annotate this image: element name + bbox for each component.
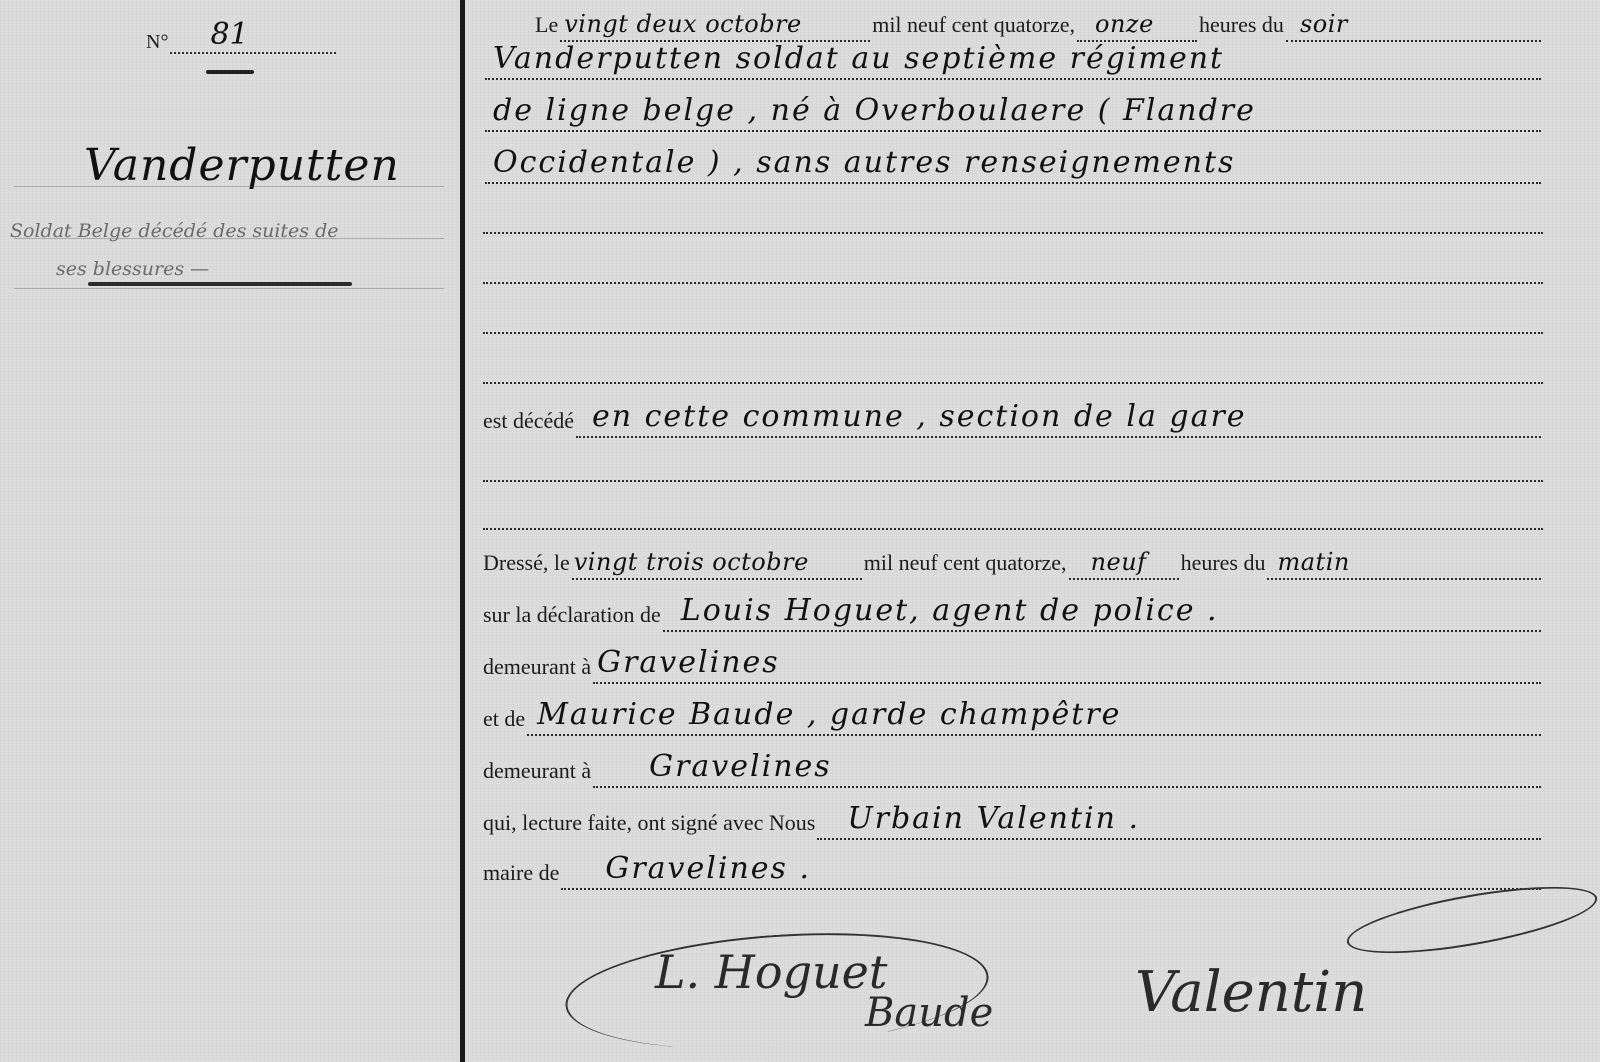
printed-declaration: sur la déclaration de: [483, 602, 661, 632]
deceased-field: de ligne belge , né à Overboulaere ( Fla…: [485, 92, 1541, 132]
declarant1-row: sur la déclaration de Louis Hoguet, agen…: [483, 592, 1543, 632]
date-field: vingt deux octobre: [560, 2, 870, 42]
blank-dotted-line: [483, 282, 1543, 284]
declarant2-field: Maurice Baude , garde champêtre: [527, 696, 1541, 736]
death-place-hand: en cette commune , section de la gare: [592, 399, 1247, 434]
drawn-period-field: matin: [1267, 540, 1541, 580]
signature-hoguet: L. Hoguet: [655, 945, 887, 999]
commune-hand: Gravelines .: [605, 851, 811, 886]
drawn-period-hand: matin: [1277, 548, 1349, 576]
printed-est-decede: est décédé: [483, 408, 574, 438]
death-place-field: en cette commune , section de la gare: [576, 398, 1541, 438]
margin-column: N° 81 Vanderputten Soldat Belge décédé d…: [0, 0, 460, 1062]
record-body: Le vingt deux octobre mil neuf cent quat…: [465, 0, 1600, 1062]
drawn-up-row: Dressé, le vingt trois octobre mil neuf …: [483, 540, 1543, 580]
death-place-row: est décédé en cette commune , section de…: [483, 398, 1543, 438]
printed-year: mil neuf cent quatorze,: [864, 550, 1067, 580]
declarant1-residence-row: demeurant à Gravelines: [483, 644, 1543, 684]
deceased-line: de ligne belge , né à Overboulaere ( Fla…: [483, 92, 1543, 132]
date-of-death-row: Le vingt deux octobre mil neuf cent quat…: [483, 2, 1543, 42]
declarant1-residence-hand: Gravelines: [597, 645, 780, 680]
printed-signed: qui, lecture faite, ont signé avec Nous: [483, 810, 815, 840]
commune-field: Gravelines .: [561, 850, 1541, 890]
declarant2-residence-field: Gravelines: [593, 748, 1541, 788]
signature-baude: Baude: [865, 990, 993, 1036]
declarant2-residence-row: demeurant à Gravelines: [483, 748, 1543, 788]
deceased-hand: Occidentale ) , sans autres renseignemen…: [493, 145, 1235, 180]
declarant2-residence-hand: Gravelines: [649, 749, 832, 784]
officer-hand: Urbain Valentin .: [847, 801, 1140, 836]
printed-hours: heures du: [1199, 12, 1284, 42]
act-number-dotted-line: 81: [170, 26, 336, 54]
drawn-date-field: vingt trois octobre: [572, 540, 862, 580]
drawn-hour-field: neuf: [1069, 540, 1179, 580]
act-number-field: N° 81: [146, 20, 336, 54]
printed-year: mil neuf cent quatorze,: [872, 12, 1075, 42]
drawn-date-hand: vingt trois octobre: [574, 548, 809, 576]
printed-demeurant: demeurant à: [483, 654, 591, 684]
declarant2-hand: Maurice Baude , garde champêtre: [537, 697, 1121, 732]
deceased-field: Vanderputten soldat au septième régiment: [485, 40, 1541, 80]
declarant1-hand: Louis Hoguet, agent de police .: [681, 593, 1219, 628]
margin-underline: [88, 282, 352, 286]
deceased-line: Vanderputten soldat au septième régiment: [483, 40, 1543, 80]
printed-dresse: Dressé, le: [483, 550, 570, 580]
deceased-surname: Vanderputten: [84, 140, 400, 191]
declarant2-row: et de Maurice Baude , garde champêtre: [483, 696, 1543, 736]
printed-maire-de: maire de: [483, 860, 559, 890]
act-number-label: N°: [146, 31, 168, 54]
drawn-hour-hand: neuf: [1091, 548, 1147, 576]
civil-record-page: N° 81 Vanderputten Soldat Belge décédé d…: [0, 0, 1600, 1062]
deceased-hand: de ligne belge , né à Overboulaere ( Fla…: [493, 93, 1256, 128]
margin-rule: [14, 288, 444, 289]
printed-et-de: et de: [483, 706, 525, 736]
signature-valentin: Valentin: [1135, 960, 1367, 1025]
deceased-hand: Vanderputten soldat au septième régiment: [493, 41, 1224, 76]
period-field: soir: [1286, 2, 1541, 42]
mayor-row: maire de Gravelines .: [483, 850, 1543, 890]
act-number-value: 81: [210, 17, 248, 52]
deceased-field: Occidentale ) , sans autres renseignemen…: [485, 144, 1541, 184]
death-period-hand: soir: [1300, 10, 1348, 38]
hour-field: onze: [1077, 2, 1197, 42]
officer-field: Urbain Valentin .: [817, 800, 1541, 840]
blank-dotted-line: [483, 528, 1543, 530]
margin-annotation-line: Soldat Belge décédé des suites de: [10, 212, 450, 250]
death-date-hand: vingt deux octobre: [564, 10, 802, 38]
printed-demeurant: demeurant à: [483, 758, 591, 788]
blank-dotted-line: [483, 332, 1543, 334]
signed-row: qui, lecture faite, ont signé avec Nous …: [483, 800, 1543, 840]
declarant1-field: Louis Hoguet, agent de police .: [663, 592, 1541, 632]
death-hour-hand: onze: [1095, 10, 1154, 38]
dash-mark: [206, 70, 254, 74]
margin-annotation: Soldat Belge décédé des suites de ses bl…: [10, 212, 450, 288]
deceased-line: Occidentale ) , sans autres renseignemen…: [483, 144, 1543, 184]
blank-dotted-line: [483, 232, 1543, 234]
blank-dotted-line: [483, 480, 1543, 482]
declarant1-residence-field: Gravelines: [593, 644, 1541, 684]
printed-le: Le: [535, 12, 558, 42]
blank-dotted-line: [483, 382, 1543, 384]
margin-rule: [14, 186, 444, 187]
printed-hours: heures du: [1181, 550, 1266, 580]
